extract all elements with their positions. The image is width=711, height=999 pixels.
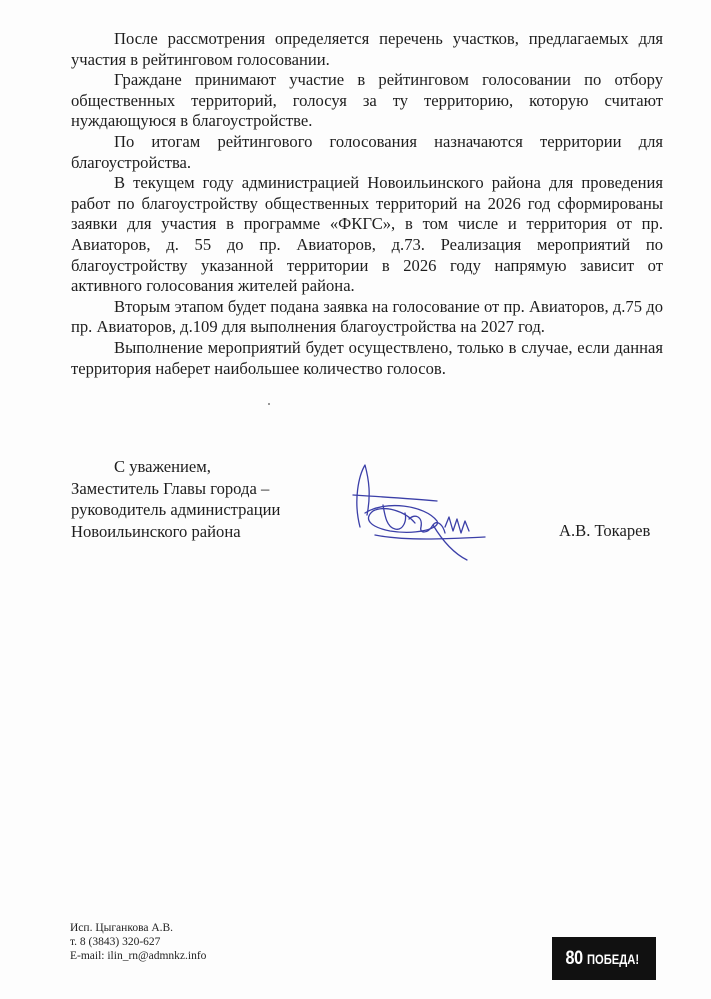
handwritten-signature: [345, 455, 505, 575]
scan-speck: [268, 403, 270, 405]
paragraph: Граждане принимают участие в рейтинговом…: [71, 70, 663, 132]
badge-number: 80: [565, 948, 582, 970]
paragraph: Вторым этапом будет подана заявка на гол…: [71, 297, 663, 338]
paragraph: После рассмотрения определяется перечень…: [71, 29, 663, 70]
letter-body: После рассмотрения определяется перечень…: [71, 29, 663, 379]
signer-name: А.В. Токарев: [559, 520, 650, 541]
executor-name: Исп. Цыганкова А.В.: [70, 921, 206, 935]
victory-80-badge: 80 ПОБЕДА!: [552, 937, 656, 980]
signer-position-line: руководитель администрации: [71, 499, 371, 521]
executor-email: E-mail: ilin_rn@admnkz.info: [70, 949, 206, 963]
closing-block: С уважением, Заместитель Главы города – …: [71, 456, 371, 542]
signer-position-line: Заместитель Главы города –: [71, 478, 371, 500]
paragraph: По итогам рейтингового голосования назна…: [71, 132, 663, 173]
signer-position-line: Новоильинского района: [71, 521, 371, 543]
closing-greeting: С уважением,: [71, 456, 371, 478]
executor-phone: т. 8 (3843) 320-627: [70, 935, 206, 949]
document-page: После рассмотрения определяется перечень…: [0, 0, 711, 999]
paragraph: В текущем году администрацией Новоильинс…: [71, 173, 663, 297]
executor-contact: Исп. Цыганкова А.В. т. 8 (3843) 320-627 …: [70, 921, 206, 964]
badge-text: ПОБЕДА!: [587, 951, 639, 967]
paragraph: Выполнение мероприятий будет осуществлен…: [71, 338, 663, 379]
